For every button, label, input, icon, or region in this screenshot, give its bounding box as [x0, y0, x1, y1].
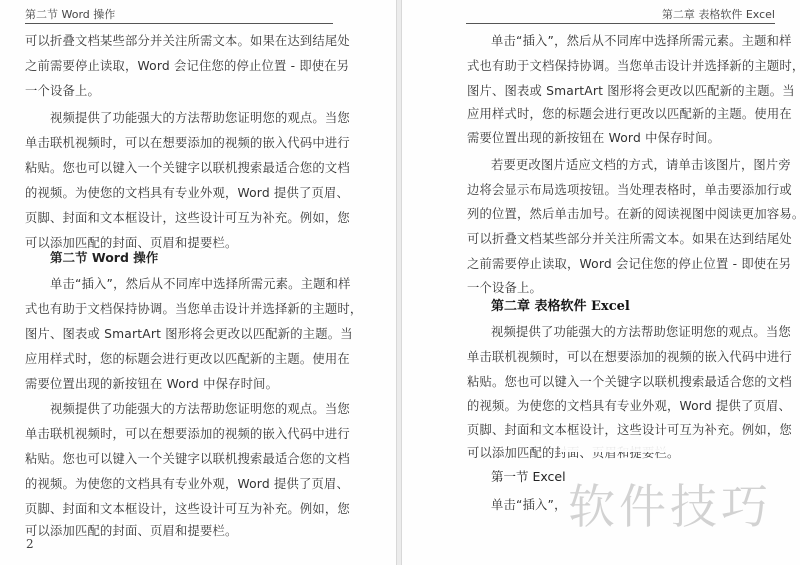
page-header-right: 第二章 表格软件 Excel	[662, 6, 775, 22]
text-line: 式也有助于文档保持协调。当您单击设计并选择新的主题时，	[25, 299, 362, 317]
document-page-left: 第二节 Word 操作 可以折叠文档某些部分并关注所需文本。如果在达到结尾处 之…	[0, 0, 396, 565]
text-line: 图片、图表或 SmartArt 图形将会更改以匹配新的主题。当	[467, 81, 795, 99]
page-number: 2	[26, 537, 34, 551]
text-line: 之前需要停止读取，Word 会记住您的停止位置 - 即使在另	[25, 56, 349, 74]
header-rule	[25, 23, 333, 24]
text-line: 可以折叠文档某些部分并关注所需文本。如果在达到结尾处	[25, 31, 350, 49]
text-line: 的视频。为使您的文档具有专业外观，Word 提供了页眉、	[25, 474, 349, 492]
chapter-heading: 第二章 表格软件 Excel	[491, 295, 630, 314]
header-rule	[466, 23, 775, 24]
text-line: 的视频。为使您的文档具有专业外观，Word 提供了页眉、	[25, 183, 349, 201]
watermark-text: 软件技巧	[568, 470, 772, 537]
text-line: 需要位置出现的新按钮在 Word 中保存时间。	[25, 374, 278, 392]
text-line: 单击“插入”，然后从不同库中选择所需元素。主题和样	[50, 274, 351, 292]
text-fade-overlay	[560, 438, 760, 452]
text-line: 可以折叠文档某些部分并关注所需文本。如果在达到结尾处	[467, 229, 792, 247]
text-line: 单击联机视频时，可以在想要添加的视频的嵌入代码中进行	[467, 347, 792, 365]
text-line: 之前需要停止读取，Word 会记住您的停止位置 - 即使在另	[467, 254, 791, 272]
text-line: 应用样式时，您的标题会进行更改以匹配新的主题。使用在	[467, 104, 792, 122]
text-line: 式也有助于文档保持协调。当您单击设计并选择新的主题时，	[467, 56, 800, 74]
text-line: 应用样式时，您的标题会进行更改以匹配新的主题。使用在	[25, 349, 350, 367]
text-line: 单击联机视频时，可以在想要添加的视频的嵌入代码中进行	[25, 424, 350, 442]
text-line: 若要更改图片适应文档的方式，请单击该图片，图片旁	[491, 155, 791, 173]
text-line: 页脚、封面和文本框设计，这些设计可互为补充。例如，您	[467, 420, 792, 438]
text-line: 粘贴。您也可以键入一个关键字以联机搜索最适合您的文档	[25, 158, 350, 176]
text-line: 视频提供了功能强大的方法帮助您证明您的观点。当您	[50, 108, 350, 126]
section-heading: 第二节 Word 操作	[50, 248, 158, 266]
text-line: 一个设备上。	[467, 278, 542, 296]
text-line: 列的位置，然后单击加号。在新的阅读视图中阅读更加容易。	[467, 204, 800, 222]
text-line: 页脚、封面和文本框设计，这些设计可互为补充。例如，您	[25, 208, 350, 226]
text-line: 页脚、封面和文本框设计，这些设计可互为补充。例如，您	[25, 499, 350, 517]
text-line: 的视频。为使您的文档具有专业外观，Word 提供了页眉、	[467, 396, 791, 414]
text-line: 视频提供了功能强大的方法帮助您证明您的观点。当您	[50, 399, 350, 417]
text-line: 单击联机视频时，可以在想要添加的视频的嵌入代码中进行	[25, 133, 350, 151]
text-line: 需要位置出现的新按钮在 Word 中保存时间。	[467, 128, 720, 146]
text-line: 单击“插入”，	[491, 495, 567, 513]
text-line: 可以添加匹配的封面、页眉和提要栏。	[25, 521, 237, 539]
text-line: 一个设备上。	[25, 81, 100, 99]
text-line: 粘贴。您也可以键入一个关键字以联机搜索最适合您的文档	[25, 449, 350, 467]
section-heading: 第一节 Excel	[491, 467, 566, 485]
page-header-left: 第二节 Word 操作	[25, 6, 115, 22]
text-line: 视频提供了功能强大的方法帮助您证明您的观点。当您	[491, 322, 791, 340]
text-line: 图片、图表或 SmartArt 图形将会更改以匹配新的主题。当	[25, 324, 353, 342]
text-line: 粘贴。您也可以键入一个关键字以联机搜索最适合您的文档	[467, 372, 792, 390]
text-line: 边将会显示布局选项按钮。当处理表格时，单击要添加行或	[467, 180, 792, 198]
text-line: 单击“插入”，然后从不同库中选择所需元素。主题和样	[491, 31, 792, 49]
